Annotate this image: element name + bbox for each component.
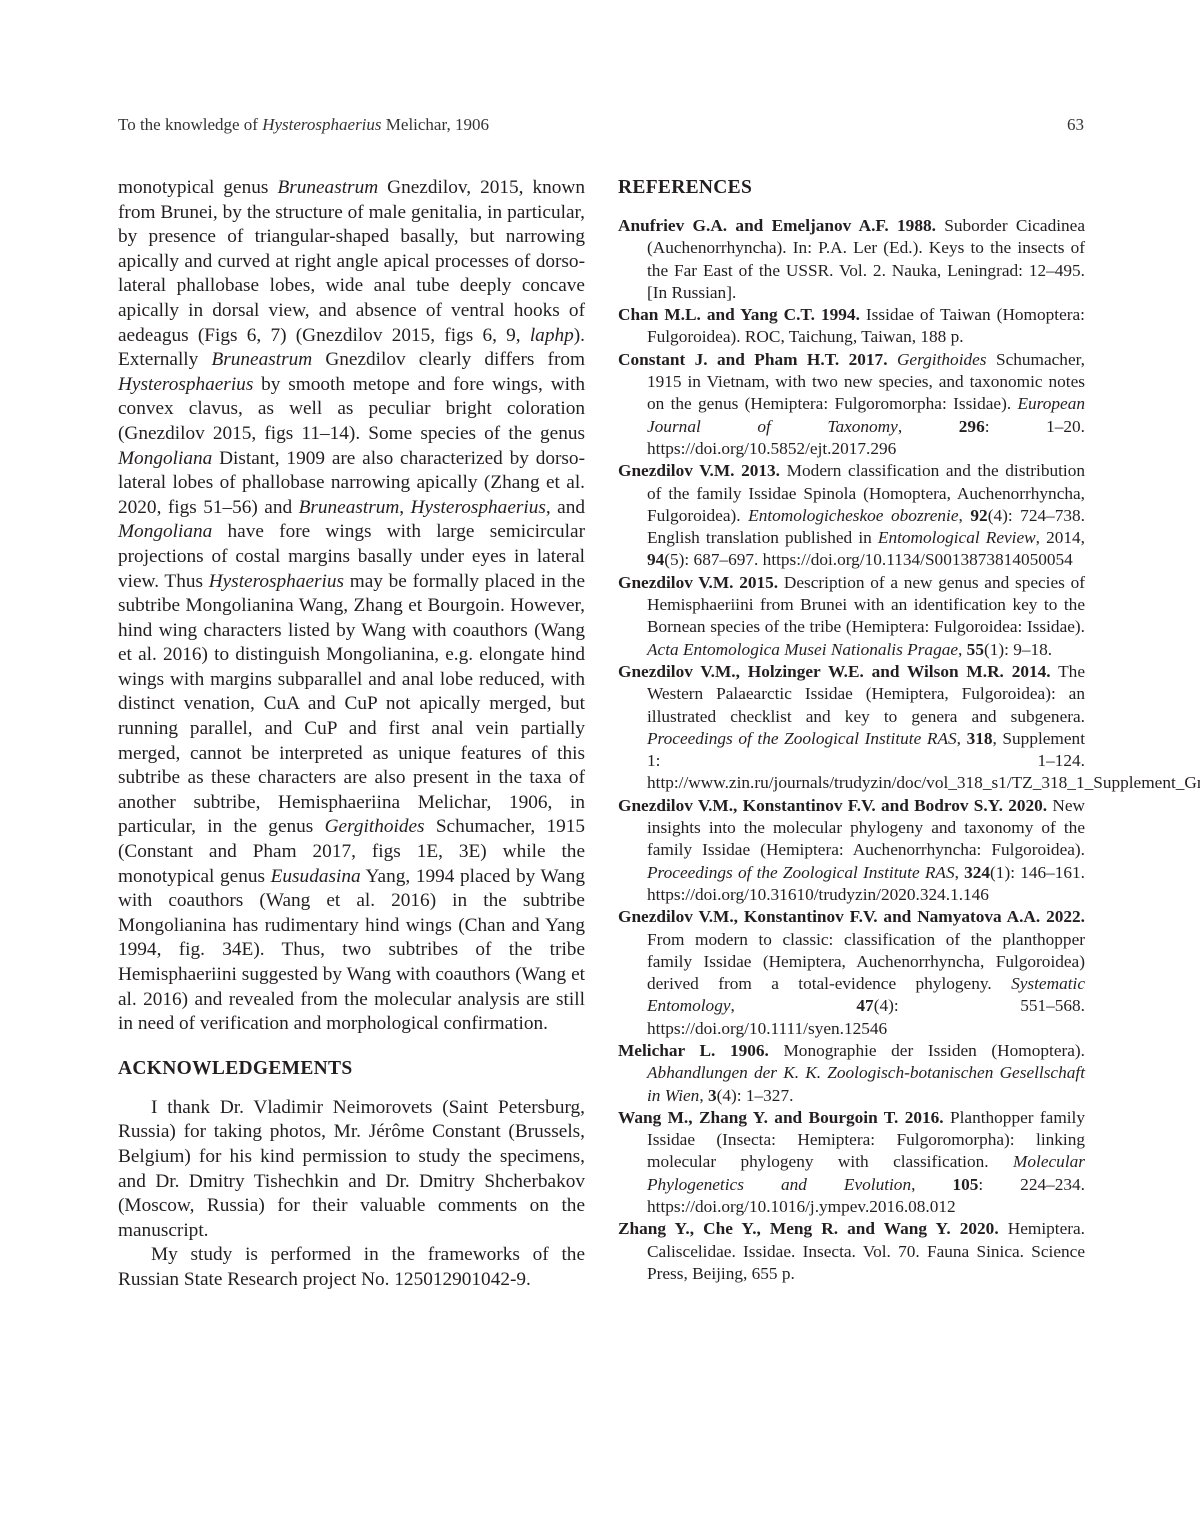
reference-item: Gnezdilov V.M., Holzinger W.E. and Wilso… bbox=[618, 661, 1085, 795]
reference-item: Zhang Y., Che Y., Meng R. and Wang Y. 20… bbox=[618, 1218, 1085, 1285]
running-header: To the knowledge of Hysterosphaerius Mel… bbox=[118, 115, 1084, 135]
references-list: Anufriev G.A. and Emeljanov A.F. 1988. S… bbox=[618, 215, 1085, 1285]
reference-item: Wang M., Zhang Y. and Bourgoin T. 2016. … bbox=[618, 1107, 1085, 1218]
running-title: To the knowledge of Hysterosphaerius Mel… bbox=[118, 115, 489, 134]
left-column: monotypical genus Bruneastrum Gnezdilov,… bbox=[118, 176, 585, 1293]
reference-item: Constant J. and Pham H.T. 2017. Gergitho… bbox=[618, 349, 1085, 460]
references-heading: REFERENCES bbox=[618, 176, 1085, 200]
reference-item: Gnezdilov V.M. 2015. Description of a ne… bbox=[618, 572, 1085, 661]
references-column: REFERENCES Anufriev G.A. and Emeljanov A… bbox=[618, 176, 1085, 1285]
discussion-paragraph: monotypical genus Bruneastrum Gnezdilov,… bbox=[118, 176, 585, 1037]
acknowledgements-paragraph: I thank Dr. Vladimir Neimorovets (Saint … bbox=[118, 1096, 585, 1244]
reference-item: Anufriev G.A. and Emeljanov A.F. 1988. S… bbox=[618, 215, 1085, 304]
funding-paragraph: My study is performed in the frameworks … bbox=[118, 1243, 585, 1292]
page-number: 63 bbox=[1067, 115, 1084, 135]
reference-item: Chan M.L. and Yang C.T. 1994. Issidae of… bbox=[618, 304, 1085, 349]
reference-item: Gnezdilov V.M., Konstantinov F.V. and Bo… bbox=[618, 795, 1085, 906]
reference-item: Melichar L. 1906. Monographie der Isside… bbox=[618, 1040, 1085, 1107]
reference-item: Gnezdilov V.M. 2013. Modern classificati… bbox=[618, 460, 1085, 571]
reference-item: Gnezdilov V.M., Konstantinov F.V. and Na… bbox=[618, 906, 1085, 1040]
acknowledgements-heading: ACKNOWLEDGEMENTS bbox=[118, 1057, 585, 1081]
